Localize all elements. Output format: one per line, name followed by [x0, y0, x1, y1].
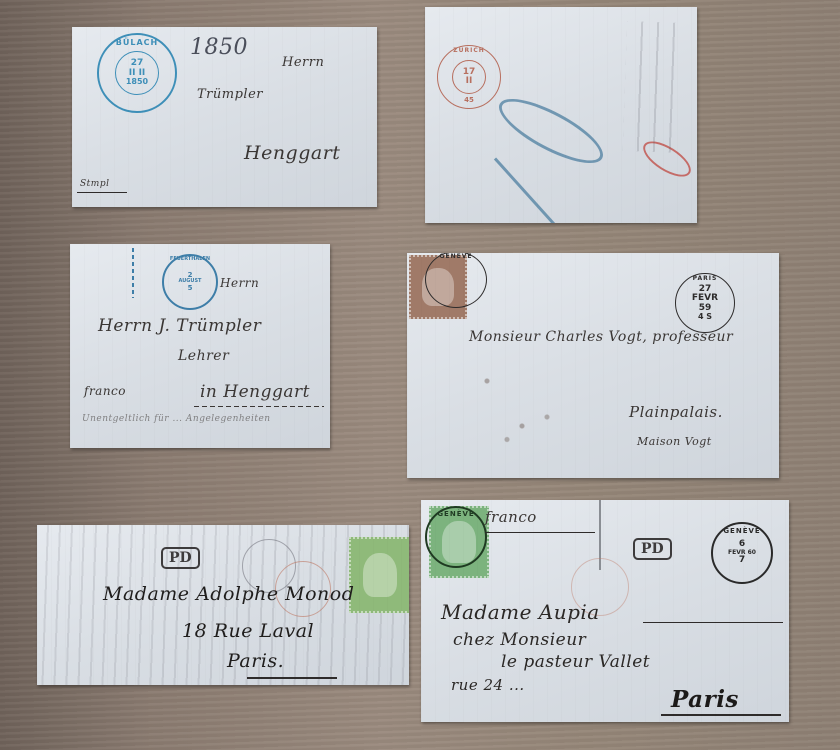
- cancel-geneve-on-stamp: GENÈVE: [425, 506, 487, 568]
- postal-cover-feuerthalen: FEUERTHALEN 2 AUGUST 5 Herrn Herrn J. Tr…: [70, 244, 330, 448]
- pd-mark: PD: [633, 538, 672, 560]
- ink-spots: [467, 363, 567, 453]
- postmark-feuerthalen: FEUERTHALEN 2 AUGUST 5: [162, 254, 218, 310]
- handwritten-house: Maison Vogt: [637, 435, 712, 448]
- postmark-paris: PARIS 27 FEVR 59 4 S: [675, 273, 735, 333]
- cancel-geneve: GENÈVE: [425, 253, 487, 308]
- postal-cover-vogt: GENÈVE PARIS 27 FEVR 59 4 S Monsieur Cha…: [407, 253, 779, 478]
- postmark-bulach: BÜLACH 27 II II 1850: [97, 33, 177, 113]
- handwritten-care-of: chez Monsieur: [453, 630, 586, 650]
- franco-underline: [485, 532, 595, 533]
- postmark-geneve: GENÈVE 6 FEVR 60 7: [711, 522, 773, 584]
- handwritten-herrn: Herrn: [220, 276, 259, 290]
- handwritten-note: Stmpl: [80, 179, 109, 189]
- postal-cover-zurich: ZÜRICH 17 II 45: [425, 7, 697, 223]
- postmark-zurich: ZÜRICH 17 II 45: [437, 45, 501, 109]
- town-underline: [194, 406, 324, 407]
- note-underline: [77, 192, 127, 193]
- handwritten-herrn: Herrn: [282, 55, 324, 70]
- handwritten-pastor: le pasteur Vallet: [501, 652, 650, 672]
- handwritten-town: Henggart: [244, 142, 340, 164]
- blue-crayon-line: [494, 157, 597, 223]
- handwritten-city: Paris: [671, 686, 739, 713]
- handwritten-footer: Unentgeltlich für ... Angelegenheiten: [82, 414, 271, 424]
- handwritten-name: Trümpler: [197, 87, 263, 102]
- city-underline: [661, 714, 781, 716]
- handwritten-recipient: Monsieur Charles Vogt, professeur: [469, 329, 733, 345]
- handwritten-recipient: Madame Adolphe Monod: [103, 583, 354, 605]
- postal-cover-aupia: GENÈVE franco PD GENÈVE 6 FEVR 60 7 Mada…: [421, 500, 789, 722]
- green-stamp: [349, 537, 409, 613]
- postal-cover-bulach: BÜLACH 27 II II 1850 1850 Herrn Trümpler…: [72, 27, 377, 207]
- handwritten-place: Plainpalais.: [629, 403, 723, 421]
- handwritten-city: Paris.: [227, 650, 284, 672]
- handwritten-year: 1850: [190, 35, 248, 60]
- handwritten-street: 18 Rue Laval: [182, 620, 314, 642]
- pd-mark: PD: [161, 547, 200, 569]
- postal-cover-monod: PD Madame Adolphe Monod 18 Rue Laval Par…: [37, 525, 409, 685]
- handwritten-franco: franco: [485, 508, 537, 526]
- handwritten-title: Lehrer: [178, 348, 229, 364]
- handwritten-street: rue 24 ...: [451, 676, 525, 694]
- recipient-underline: [643, 622, 783, 623]
- handwritten-recipient: Herrn J. Trümpler: [98, 316, 261, 336]
- city-underline: [247, 677, 337, 679]
- faint-handwriting: [623, 21, 688, 153]
- handwritten-franco: franco: [84, 384, 126, 398]
- handwritten-recipient: Madame Aupia: [441, 600, 600, 624]
- blue-crayon-mark: [491, 87, 611, 175]
- handwritten-town: in Henggart: [200, 382, 310, 402]
- blue-dashed-mark: [132, 248, 134, 298]
